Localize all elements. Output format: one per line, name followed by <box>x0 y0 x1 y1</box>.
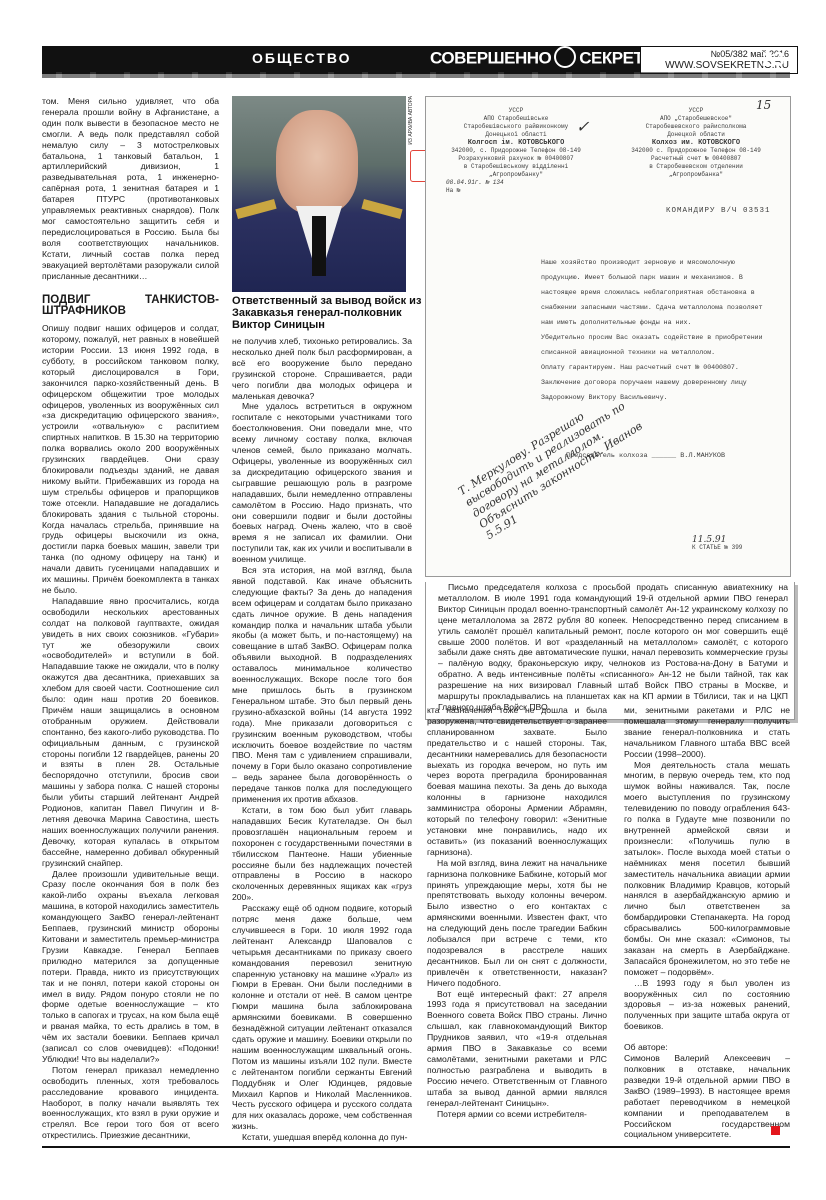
tie <box>312 216 326 276</box>
letterhead-line: УССР <box>446 107 586 115</box>
letterhead-line: 342000, с. Придорожне Телефон 08-149 <box>446 147 586 155</box>
epaulette-left <box>235 199 276 219</box>
newspaper-logo: СОВЕРШЕННОСЕКРЕТНО <box>430 48 668 70</box>
letterhead-line: в Старобешевском отделении „Агропромбанк… <box>626 163 766 179</box>
paragraph: Вот ещё интересный факт: 27 апреля 1993 … <box>427 989 607 1109</box>
paragraph: Вся эта история, на мой взгляд, была явн… <box>232 565 412 805</box>
paragraph: Потом генерал приказал немедленно освобо… <box>42 1065 219 1141</box>
paragraph: На мой взгляд, вина лежит на начальнике … <box>427 858 607 989</box>
photo-credit: ИЗ АРХИВА АВТОРА <box>408 96 414 145</box>
letterhead-line: Расчетный счет № 00400807 <box>626 155 766 163</box>
bottom-rule <box>42 1146 790 1148</box>
article-column-2: не получив хлеб, тихонько ретировались. … <box>232 336 412 1143</box>
letterhead-line: Старобешівського райвиконкому <box>446 123 586 131</box>
letterhead-line: УССР <box>626 107 766 115</box>
letter-addressee: КОМАНДИРУ В/Ч 03531 <box>666 207 771 215</box>
document-caption-box: Письмо председателя колхоза с просьбой п… <box>425 582 795 720</box>
end-of-article-mark <box>771 1126 780 1135</box>
letterhead-line: Колхоз им. КОТОВСКОГО <box>626 139 766 147</box>
masthead: ОБЩЕСТВО СОВЕРШЕННОСЕКРЕТНО №05/382 май … <box>42 46 790 74</box>
letter-paragraph: Оплату гарантируем. Наш расчетный счет №… <box>471 360 776 375</box>
letterhead-line: Старобешевского райисполкома <box>626 123 766 131</box>
paragraph: кта назначения тоже не дошла и была разо… <box>427 705 607 858</box>
paragraph: Расскажу ещё об одном подвиге, который п… <box>232 903 412 1132</box>
letter-paragraph: Наше хозяйство производит зерновую и мяс… <box>471 255 776 330</box>
about-author-text: Симонов Валерий Алексеевич – полковник в… <box>624 1053 790 1140</box>
photo-caption: Ответственный за вывод войск из Закавказ… <box>232 295 422 331</box>
letterhead-line: Розрахунковий рахунок № 00400807 <box>446 155 586 163</box>
letterhead-line: Донецької області <box>446 131 586 139</box>
paragraph: Кстати, в том бою был убит главарь напад… <box>232 805 412 903</box>
caption-text: Письмо председателя колхоза с просьбой п… <box>438 582 788 713</box>
stamp-text: К СТАТЬЕ № 399 <box>692 544 742 551</box>
globe-icon <box>554 46 576 68</box>
letterhead-line: Колгосп ім. КОТОВСЬКОГО <box>446 139 586 147</box>
article-column-4: ми, зенитными ракетами и РЛС не помешала… <box>624 705 790 1140</box>
torn-edge-divider <box>42 72 790 78</box>
letterhead-line: АПО Старобешівське <box>446 115 586 123</box>
general-portrait-photo <box>232 96 406 292</box>
scanned-letter-document: УССР АПО Старобешівське Старобешівського… <box>425 96 791 577</box>
paragraph: …В 1993 году я был уволен из вооружённых… <box>624 978 790 1033</box>
paragraph: Потеря армии со всеми истребителя- <box>427 1109 607 1120</box>
paragraph: том. Меня сильно удивляет, что оба генер… <box>42 96 219 281</box>
letterhead-line: АПО „Старобешевское" <box>626 115 766 123</box>
about-author-label: Об авторе: <box>624 1042 790 1053</box>
paragraph: Кстати, ушедшая вперёд колонна до пун- <box>232 1132 412 1143</box>
page-number: 23 <box>756 46 790 74</box>
paragraph: Нападавшие явно просчитались, когда осво… <box>42 596 219 869</box>
letterhead-line: 342000 с. Придорожное Телефон 08-149 <box>626 147 766 155</box>
portrait-face <box>276 110 358 214</box>
subheading: ПОДВИГ ТАНКИСТОВ-ШТРАФНИКОВ <box>42 295 219 317</box>
logo-left-word: СОВЕРШЕННО <box>430 48 551 67</box>
letter-date: 08.04.91г. № 134 <box>446 179 586 187</box>
stamp-date: 11.5.91 <box>692 537 742 544</box>
checkmark-icon: ✓ <box>576 117 589 136</box>
article-column-3: кта назначения тоже не дошла и была разо… <box>427 705 607 1119</box>
paragraph: Далее произошли удивительные вещи. Сразу… <box>42 869 219 1065</box>
letterhead-russian: УССР АПО „Старобешевское" Старобешевског… <box>626 107 766 179</box>
section-label: ОБЩЕСТВО <box>252 50 352 66</box>
paragraph: Опишу подвиг наших офицеров и солдат, ко… <box>42 323 219 596</box>
paragraph: не получив хлеб, тихонько ретировались. … <box>232 336 412 401</box>
registry-stamp: 11.5.91 К СТАТЬЕ № 399 <box>692 537 742 551</box>
paragraph: Мне удалось встретиться в окружном госпи… <box>232 401 412 565</box>
paragraph: Моя деятельность стала мешать многим, в … <box>624 760 790 978</box>
letterhead-line: Донецкой области <box>626 131 766 139</box>
article-column-1: том. Меня сильно удивляет, что оба генер… <box>42 96 219 1141</box>
letterhead-ukrainian: УССР АПО Старобешівське Старобешівського… <box>446 107 586 195</box>
handwritten-page-mark: 15 <box>756 99 771 111</box>
letter-paragraph: Убедительно просим Вас оказать содействи… <box>471 330 776 360</box>
letter-ref: На № <box>446 187 586 195</box>
paragraph: ми, зенитными ракетами и РЛС не помешала… <box>624 705 790 760</box>
letterhead-line: в Старобешівському відділенні „Агропромб… <box>446 163 586 179</box>
epaulette-right <box>361 199 402 219</box>
